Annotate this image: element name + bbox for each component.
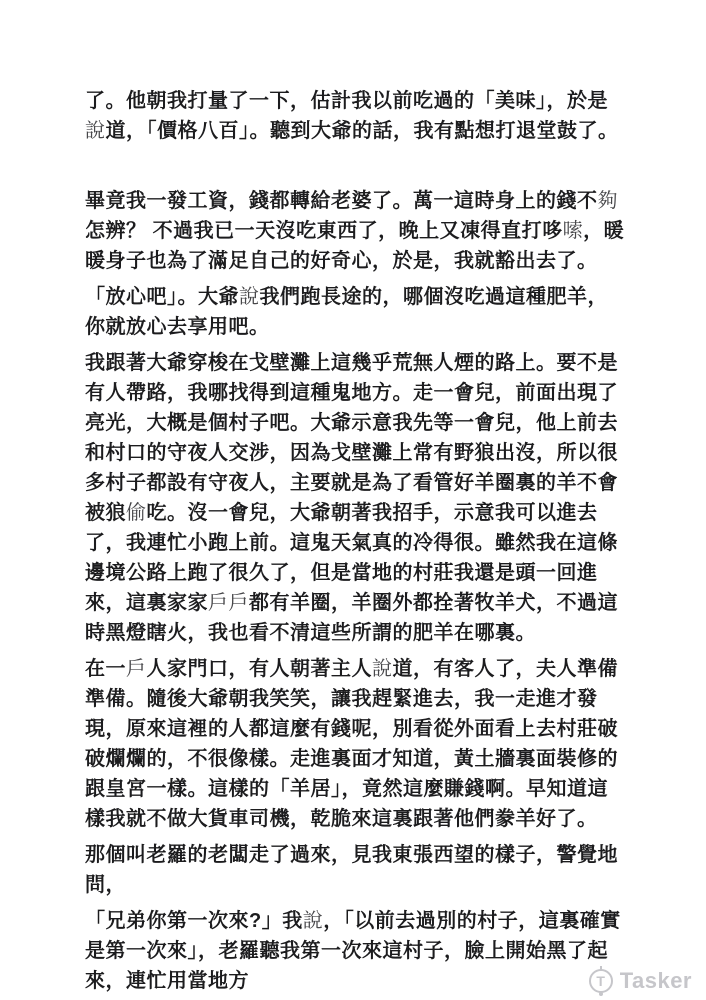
paragraph-6: 那個叫老羅的老闆走了過來，見我東張西望的樣子，警覺地問，: [85, 840, 625, 900]
paragraph-7: 「兄弟你第一次來?」我說，「以前去過別的村子，這裏確實是第一次來」，老羅聽我第一…: [85, 906, 625, 996]
document-page: 了。他朝我打量了一下，估計我以前吃過的「美味」，於是說道，「價格八百」。聽到大爺…: [0, 0, 706, 1000]
paragraph-2: 畢竟我一發工資，錢都轉給老婆了。萬一這時身上的錢不夠怎辨？ 不過我已一天沒吃東西…: [85, 186, 625, 276]
paragraph-4: 我跟著大爺穿梭在戈壁灘上這幾乎荒無人煙的路上。要不是有人帶路，我哪找得到這種鬼地…: [85, 348, 625, 648]
tasker-watermark: T Tasker: [589, 968, 692, 994]
paragraph-5: 在一戶人家門口，有人朝著主人說道，有客人了，夫人準備準備。隨後大爺朝我笑笑，讓我…: [85, 654, 625, 834]
paragraph-1: 了。他朝我打量了一下，估計我以前吃過的「美味」，於是說道，「價格八百」。聽到大爺…: [85, 86, 625, 146]
tasker-logo-letter: T: [596, 973, 605, 989]
tasker-logo-icon: T: [589, 969, 613, 993]
watermark-label: Tasker: [620, 968, 692, 994]
text-content: 了。他朝我打量了一下，估計我以前吃過的「美味」，於是說道，「價格八百」。聽到大爺…: [85, 86, 625, 1000]
paragraph-3: 「放心吧」。大爺說我們跑長途的，哪個沒吃過這種肥羊，你就放心去享用吧。: [85, 282, 625, 342]
